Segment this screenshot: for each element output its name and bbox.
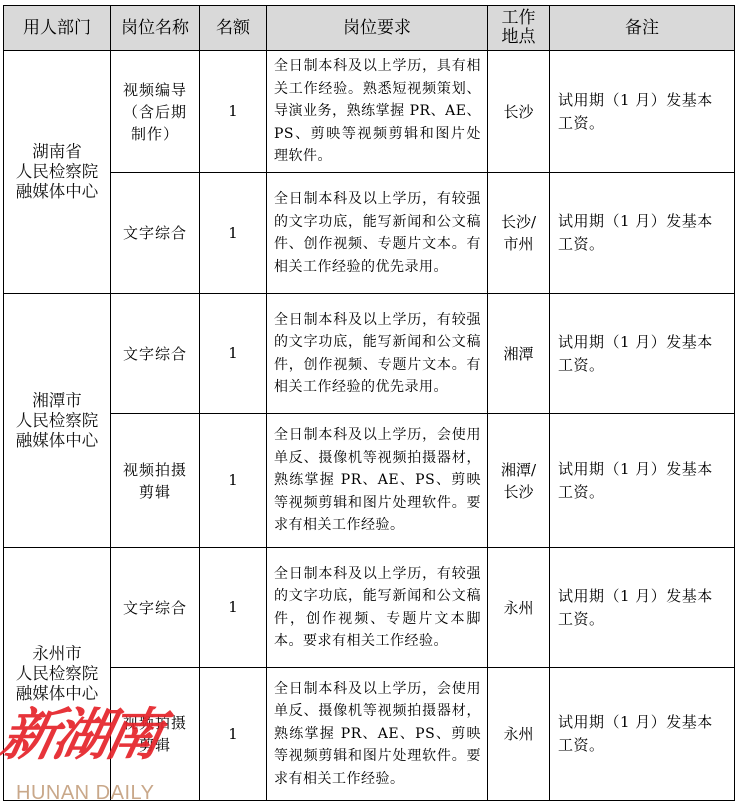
header-requirements: 岗位要求 [267,6,488,51]
requirements-cell: 全日制本科及以上学历，有较强的文字功底，能写新闻和公文稿件，创作视频、专题片文本… [267,294,488,414]
location-cell: 长沙/市州 [488,173,550,294]
header-location-line2: 地点 [502,27,536,47]
department-name-line1: 湖南省 [32,142,82,161]
department-cell: 湖南省 人民检察院 融媒体中心 [4,51,111,294]
position-line2: 剪辑 [139,736,171,754]
table-row: 文字综合 1 全日制本科及以上学历，有较强的文字功底，能写新闻和公文稿件、创作视… [4,173,735,294]
requirements-cell: 全日制本科及以上学历，有较强的文字功底，能写新闻和公文稿件、创作视频、专题片文本… [267,173,488,294]
department-name-line1: 湘潭市 [32,391,82,410]
quota-cell: 1 [200,294,267,414]
department-cell: 永州市 人民检察院 融媒体中心 [4,548,111,801]
position-line1: 文字综合 [123,599,187,617]
location-cell: 湘潭 [488,294,550,414]
header-location-line1: 工作 [502,8,536,28]
position-line3: 制作） [131,125,179,143]
notes-cell: 试用期（1 月）发基本工资。 [550,294,735,414]
notes-cell: 试用期（1 月）发基本工资。 [550,173,735,294]
quota-cell: 1 [200,548,267,668]
header-location: 工作地点 [488,6,550,51]
header-department: 用人部门 [4,6,111,51]
location-cell: 湘潭/长沙 [488,414,550,548]
position-cell: 视频拍摄剪辑 [111,668,200,801]
location-line1: 永州 [503,599,533,617]
position-cell: 文字综合 [111,294,200,414]
department-name-line3: 融媒体中心 [16,182,99,201]
department-cell: 湘潭市 人民检察院 融媒体中心 [4,294,111,548]
department-name-line3: 融媒体中心 [16,431,99,450]
notes-cell: 试用期（1 月）发基本工资。 [550,414,735,548]
location-line1: 永州 [503,725,533,743]
location-line2: 长沙 [503,483,533,501]
table-row: 永州市 人民检察院 融媒体中心 文字综合 1 全日制本科及以上学历，有较强的文字… [4,548,735,668]
location-line1: 湘潭 [503,345,533,363]
position-line1: 文字综合 [123,224,187,242]
header-position: 岗位名称 [111,6,200,51]
header-row: 用人部门 岗位名称 名额 岗位要求 工作地点 备注 [4,6,735,51]
location-cell: 长沙 [488,51,550,173]
position-line2: 剪辑 [139,483,171,501]
header-notes: 备注 [550,6,735,51]
location-line1: 湘潭/ [501,461,536,479]
location-cell: 永州 [488,668,550,801]
recruitment-table: 用人部门 岗位名称 名额 岗位要求 工作地点 备注 湖南省 人民检察院 融媒体中… [3,5,735,801]
requirements-cell: 全日制本科及以上学历，有较强的文字功底，能写新闻和公文稿件，创作视频、专题片文本… [267,548,488,668]
table-row: 湖南省 人民检察院 融媒体中心 视频编导 （含后期 制作） 1 全日制本科及以上… [4,51,735,173]
position-line2: （含后期 [123,103,187,121]
requirements-cell: 全日制本科及以上学历，会使用单反、摄像机等视频拍摄器材，熟练掌握 PR、AE、P… [267,668,488,801]
quota-cell: 1 [200,51,267,173]
position-line1: 文字综合 [123,345,187,363]
location-line2: 市州 [503,235,533,253]
position-cell: 文字综合 [111,173,200,294]
notes-cell: 试用期（1 月）发基本工资。 [550,51,735,173]
position-line1: 视频拍摄 [123,714,187,732]
department-name-line3: 融媒体中心 [16,684,99,703]
notes-cell: 试用期（1 月）发基本工资。 [550,668,735,801]
requirements-cell: 全日制本科及以上学历，具有相关工作经验。熟悉短视频策划、导演业务，熟练掌握 PR… [267,51,488,173]
location-cell: 永州 [488,548,550,668]
position-line1: 视频拍摄 [123,461,187,479]
quota-cell: 1 [200,414,267,548]
quota-cell: 1 [200,173,267,294]
department-name-line2: 人民检察院 [16,411,99,430]
position-cell: 视频编导 （含后期 制作） [111,51,200,173]
table-row: 视频拍摄剪辑 1 全日制本科及以上学历，会使用单反、摄像机等视频拍摄器材，熟练掌… [4,668,735,801]
location-line1: 长沙 [503,103,533,121]
position-line1: 视频编导 [123,81,187,99]
requirements-cell: 全日制本科及以上学历，会使用单反、摄像机等视频拍摄器材，熟练掌握 PR、AE、P… [267,414,488,548]
header-quota: 名额 [200,6,267,51]
quota-cell: 1 [200,668,267,801]
department-name-line1: 永州市 [32,644,82,663]
position-cell: 视频拍摄剪辑 [111,414,200,548]
position-cell: 文字综合 [111,548,200,668]
department-name-line2: 人民检察院 [16,162,99,181]
table-row: 湘潭市 人民检察院 融媒体中心 文字综合 1 全日制本科及以上学历，有较强的文字… [4,294,735,414]
location-line1: 长沙/ [501,213,536,231]
table-row: 视频拍摄剪辑 1 全日制本科及以上学历，会使用单反、摄像机等视频拍摄器材，熟练掌… [4,414,735,548]
department-name-line2: 人民检察院 [16,664,99,683]
notes-cell: 试用期（1 月）发基本工资。 [550,548,735,668]
